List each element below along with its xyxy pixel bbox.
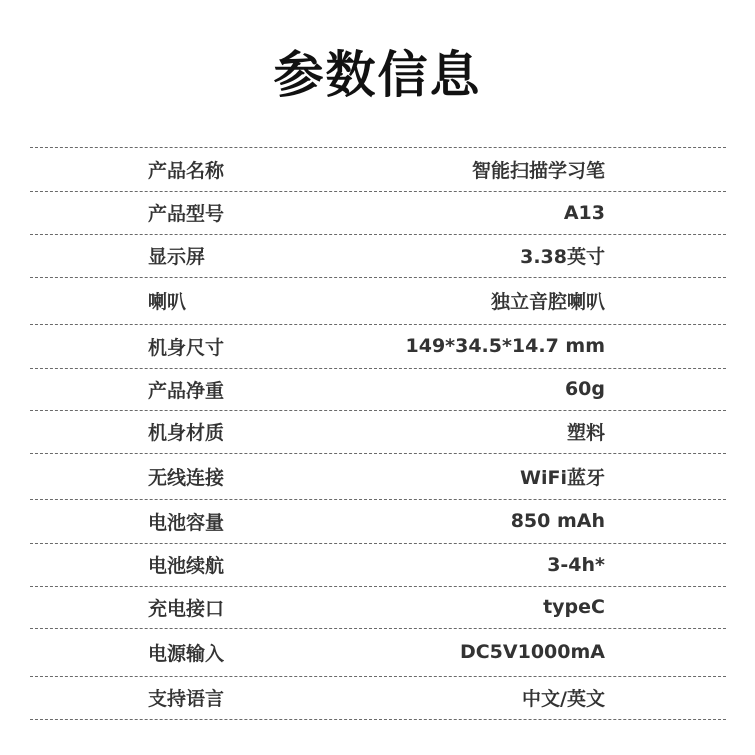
spec-value: 中文/英文 [522, 684, 605, 711]
spec-label: 电池续航 [148, 551, 224, 578]
spec-row-battery-life: 电池续航 3-4h* [30, 543, 726, 586]
spec-row-battery-capacity: 电池容量 850 mAh [30, 499, 726, 543]
spec-value: 智能扫描学习笔 [472, 156, 605, 183]
spec-label: 产品型号 [148, 199, 224, 226]
spec-row-weight: 产品净重 60g [30, 368, 726, 410]
spec-value: 3-4h* [547, 554, 605, 576]
divider [30, 719, 726, 720]
spec-label: 喇叭 [148, 287, 186, 314]
spec-label: 产品净重 [148, 376, 224, 403]
spec-value: WiFi蓝牙 [520, 463, 605, 490]
spec-value: 独立音腔喇叭 [491, 287, 605, 314]
spec-row-model: 产品型号 A13 [30, 191, 726, 234]
spec-label: 电源输入 [148, 639, 224, 666]
spec-value: DC5V1000mA [460, 641, 605, 663]
spec-label: 无线连接 [148, 463, 224, 490]
spec-row-display: 显示屏 3.38英寸 [30, 234, 726, 277]
spec-row-product-name: 产品名称 智能扫描学习笔 [30, 147, 726, 191]
spec-row-speaker: 喇叭 独立音腔喇叭 [30, 277, 726, 324]
spec-label: 电池容量 [148, 508, 224, 535]
spec-value: 850 mAh [511, 510, 605, 532]
spec-row-dimensions: 机身尺寸 149*34.5*14.7 mm [30, 324, 726, 368]
spec-row-charging-port: 充电接口 typeC [30, 586, 726, 628]
spec-value: typeC [543, 596, 605, 618]
spec-row-material: 机身材质 塑料 [30, 410, 726, 453]
spec-row-languages: 支持语言 中文/英文 [30, 676, 726, 719]
spec-label: 机身材质 [148, 418, 224, 445]
spec-label: 显示屏 [148, 242, 205, 269]
page-title: 参数信息 [0, 40, 755, 110]
spec-value: 塑料 [567, 418, 605, 445]
spec-label: 充电接口 [148, 594, 224, 621]
spec-value: A13 [564, 202, 605, 224]
spec-row-power-input: 电源输入 DC5V1000mA [30, 628, 726, 676]
spec-value: 60g [565, 378, 605, 400]
spec-label: 机身尺寸 [148, 333, 224, 360]
spec-value: 149*34.5*14.7 mm [406, 335, 606, 357]
spec-value: 3.38英寸 [520, 242, 605, 269]
spec-label: 支持语言 [148, 684, 224, 711]
spec-label: 产品名称 [148, 156, 224, 183]
spec-row-wireless: 无线连接 WiFi蓝牙 [30, 453, 726, 499]
